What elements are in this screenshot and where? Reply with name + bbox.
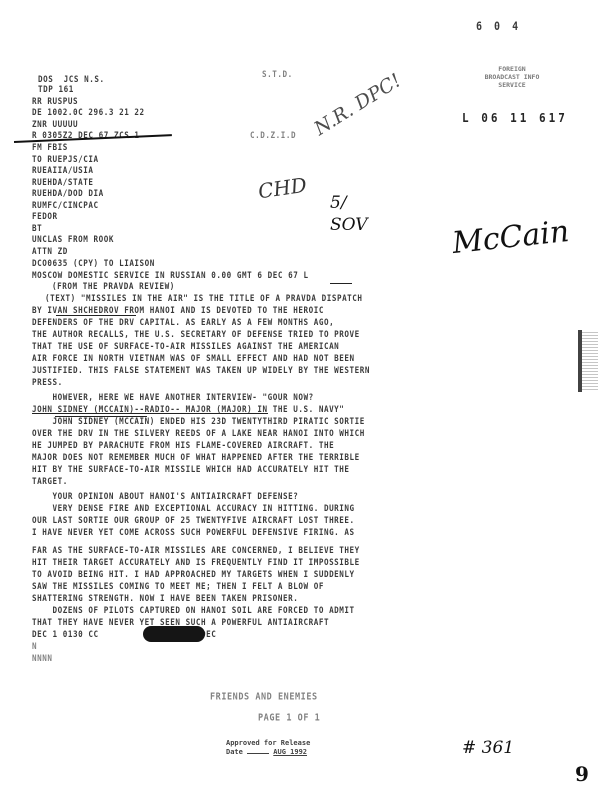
routing-line: RUEHDA/STATE xyxy=(32,177,93,188)
handwritten-name: McCain xyxy=(450,214,570,261)
body-line: JOHN SIDNEY (MCCAIN) ENDED HIS 23D TWENT… xyxy=(32,416,365,427)
handwritten-note: N.R. DPC! xyxy=(310,69,405,140)
routing-line: RUEAIIA/USIA xyxy=(32,165,93,176)
routing-line: RUEHDA/DOD DIA xyxy=(32,188,104,199)
release-date-label: Date xyxy=(226,748,243,756)
body-line: SHATTERING STRENGTH. NOW I HAVE BEEN TAK… xyxy=(32,593,298,604)
underline-name-2 xyxy=(55,416,147,417)
handwritten-initials: CHD xyxy=(257,173,309,204)
routing-line: TDP 161 xyxy=(38,84,74,95)
fbis-stamp-line: FOREIGN xyxy=(472,65,552,73)
footer-title: FRIENDS AND ENEMIES xyxy=(210,693,318,704)
log-number: L 06 11 617 xyxy=(462,113,568,124)
date-underline xyxy=(330,283,352,284)
body-line: HOWEVER, HERE WE HAVE ANOTHER INTERVIEW-… xyxy=(32,392,314,403)
body-line: THAT THE USE OF SURFACE-TO-AIR MISSILES … xyxy=(32,341,339,352)
routing-line: DE 1002.0C 296.3 21 22 xyxy=(32,107,145,118)
body-line: AIR FORCE IN NORTH VIETNAM WAS OF SMALL … xyxy=(32,353,355,364)
page-number: 9 xyxy=(575,762,589,786)
footer-page: PAGE 1 OF 1 xyxy=(258,714,320,725)
routing-line: RR RUSPUS xyxy=(32,96,78,107)
date-blank xyxy=(247,753,269,754)
body-line: OVER THE DRV IN THE SILVERY REEDS OF A L… xyxy=(32,428,365,439)
redaction-block xyxy=(143,626,205,642)
body-line: DOZENS OF PILOTS CAPTURED ON HANOI SOIL … xyxy=(32,605,355,616)
body-line: OUR LAST SORTIE OUR GROUP OF 25 TWENTYFI… xyxy=(32,515,355,526)
body-line: YOUR OPINION ABOUT HANOI'S ANTIAIRCRAFT … xyxy=(32,491,298,502)
routing-line: ZNR UUUUU xyxy=(32,119,78,130)
routing-line: RUMFC/CINCPAC xyxy=(32,200,99,211)
dateline: MOSCOW DOMESTIC SERVICE IN RUSSIAN 0.00 … xyxy=(32,270,309,281)
body-line: TO AVOID BEING HIT. I HAD APPROACHED MY … xyxy=(32,569,355,580)
body-line: (TEXT) "MISSILES IN THE AIR" IS THE TITL… xyxy=(45,293,363,304)
body-line: PRESS. xyxy=(32,377,63,388)
trailer-line: N xyxy=(32,641,37,652)
routing-line: TO RUEPJS/CIA xyxy=(32,154,99,165)
body-line: MAJOR DOES NOT REMEMBER MUCH OF WHAT HAP… xyxy=(32,452,360,463)
body-line: HIT THEIR TARGET ACCURATELY AND IS FREQU… xyxy=(32,557,360,568)
underline-name xyxy=(32,413,268,414)
faint-mark: S.T.D. xyxy=(262,69,293,80)
fbis-stamp: FOREIGN BROADCAST INFO SERVICE xyxy=(472,65,552,89)
routing-line: DCO0635 (CPY) TO LIAISON xyxy=(32,258,155,269)
underline-author xyxy=(56,315,136,316)
scan-edge-mark xyxy=(578,330,598,392)
body-line: JUSTIFIED. THIS FALSE STATEMENT WAS TAKE… xyxy=(32,365,370,376)
body-line: TARGET. xyxy=(32,476,68,487)
faint-mark: C.D.Z.I.D xyxy=(250,130,296,141)
routing-line: BT xyxy=(32,223,42,234)
body-line: FAR AS THE SURFACE-TO-AIR MISSILES ARE C… xyxy=(32,545,360,556)
body-line: HIT BY THE SURFACE-TO-AIR MISSILE WHICH … xyxy=(32,464,350,475)
routing-line: FEDOR xyxy=(32,211,58,222)
fbis-stamp-line: SERVICE xyxy=(472,81,552,89)
body-line: THE AUTHOR RECALLS, THE U.S. SECRETARY O… xyxy=(32,329,360,340)
document-code: 6 0 4 xyxy=(476,22,521,33)
release-date-value: AUG 1992 xyxy=(273,748,307,756)
release-stamp-title: Approved for Release xyxy=(226,739,310,748)
body-line: I HAVE NEVER YET COME ACROSS SUCH POWERF… xyxy=(32,527,355,538)
source-line: (FROM THE PRAVDA REVIEW) xyxy=(52,281,175,292)
scanned-document-page: 6 0 4 FOREIGN BROADCAST INFO SERVICE L 0… xyxy=(0,0,600,788)
trailer-line: NNNN xyxy=(32,653,53,664)
routing-line: UNCLAS FROM ROOK xyxy=(32,234,114,245)
body-line: VERY DENSE FIRE AND EXCEPTIONAL ACCURACY… xyxy=(32,503,355,514)
body-line: HE JUMPED BY PARACHUTE FROM HIS FLAME-CO… xyxy=(32,440,334,451)
release-stamp: Approved for Release Date AUG 1992 xyxy=(226,739,310,757)
handwritten-sov: 5/ SOV xyxy=(330,192,370,236)
routing-line: ATTN ZD xyxy=(32,246,68,257)
handwritten-number: # 361 xyxy=(462,738,514,758)
fbis-stamp-line: BROADCAST INFO xyxy=(472,73,552,81)
body-line: SAW THE MISSILES COMING TO MEET ME; THEN… xyxy=(32,581,324,592)
routing-line: FM FBIS xyxy=(32,142,68,153)
body-line: DEFENDERS OF THE DRV CAPITAL. AS EARLY A… xyxy=(32,317,334,328)
